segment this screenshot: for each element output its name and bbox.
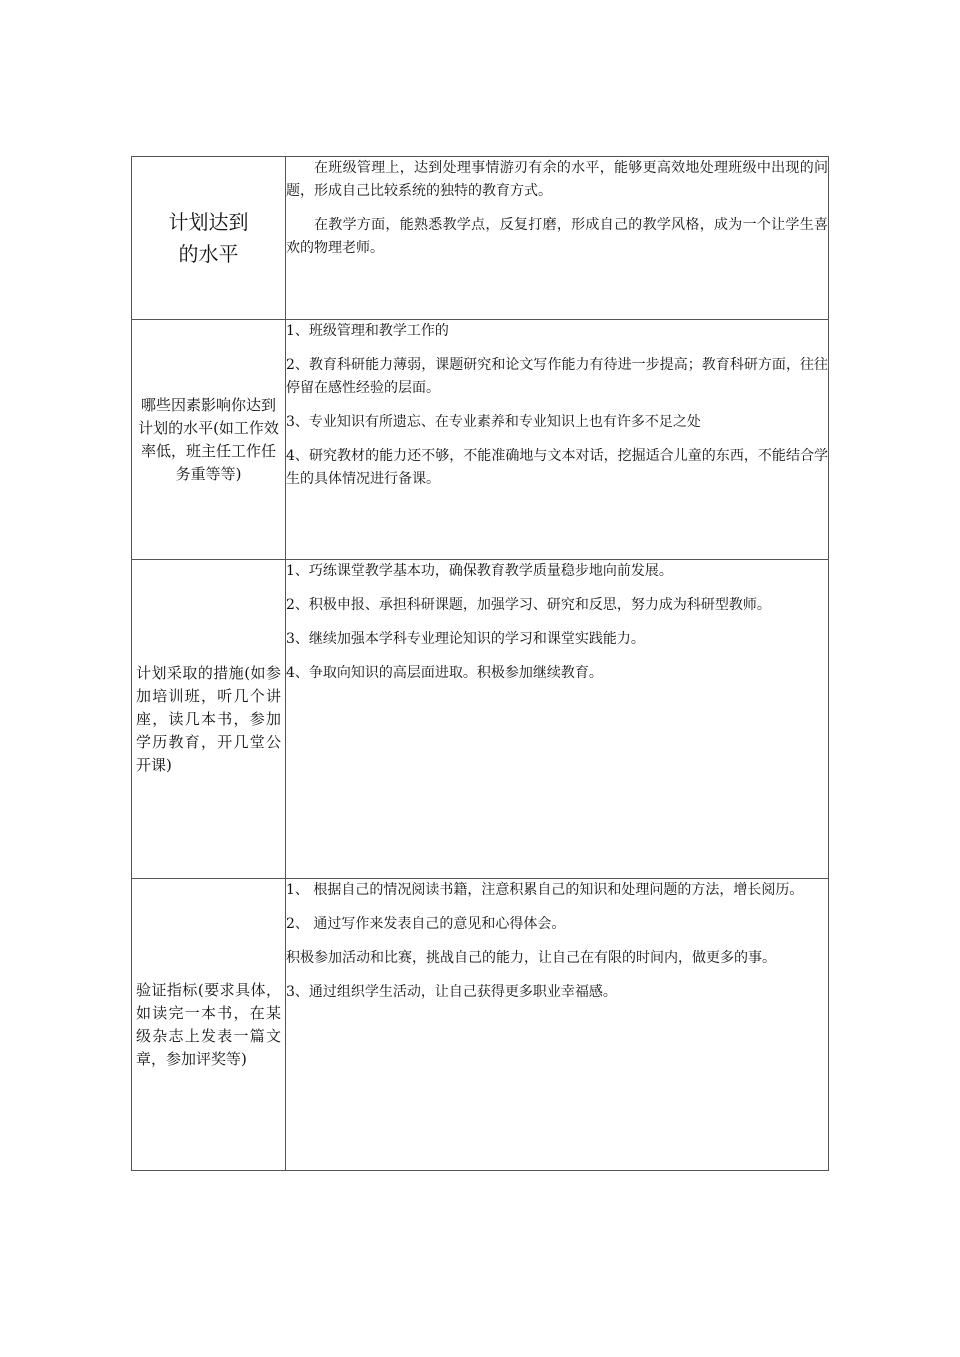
list-item: 1、巧练课堂教学基本功，确保教育教学质量稳步地向前发展。 bbox=[286, 560, 828, 583]
list-item: 2、 通过写作来发表自己的意见和心得体会。 bbox=[286, 913, 828, 936]
row-label: 计划达到 的水平 bbox=[132, 206, 285, 270]
row-label-line: 计划达到 bbox=[132, 206, 285, 238]
plan-table: 计划达到 的水平 在班级管理上，达到处理事情游刃有余的水平，能够更高效地处理班级… bbox=[131, 156, 829, 1171]
row-content-cell: 1、巧练课堂教学基本功，确保教育教学质量稳步地向前发展。 2、积极申报、承担科研… bbox=[286, 560, 829, 879]
row-label-cell: 哪些因素影响你达到计划的水平(如工作效率低，班主任工作任务重等等) bbox=[132, 320, 286, 560]
row-label-cell: 计划达到 的水平 bbox=[132, 157, 286, 320]
paragraph: 在教学方面，能熟悉教学点，反复打磨，形成自己的教学风格，成为一个让学生喜欢的物理… bbox=[286, 214, 828, 260]
list-item: 2、教育科研能力薄弱，课题研究和论文写作能力有待进一步提高；教育科研方面，往往停… bbox=[286, 354, 828, 400]
list-item: 3、通过组织学生活动，让自己获得更多职业幸福感。 bbox=[286, 981, 828, 1004]
row-label-cell: 计划采取的措施(如参加培训班，听几个讲座，读几本书，参加学历教育，开几堂公开课) bbox=[132, 560, 286, 879]
list-item: 1、班级管理和教学工作的 bbox=[286, 320, 828, 343]
list-item: 积极参加活动和比赛，挑战自己的能力，让自己在有限的时间内，做更多的事。 bbox=[286, 947, 828, 970]
table-row-target-level: 计划达到 的水平 在班级管理上，达到处理事情游刃有余的水平，能够更高效地处理班级… bbox=[132, 157, 829, 320]
table-row-verification-indicators: 验证指标(要求具体，如读完一本书，在某级杂志上发表一篇文章，参加评奖等) 1、 … bbox=[132, 879, 829, 1171]
row-label: 计划采取的措施(如参加培训班，听几个讲座，读几本书，参加学历教育，开几堂公开课) bbox=[132, 662, 285, 777]
row-label-cell: 验证指标(要求具体，如读完一本书，在某级杂志上发表一篇文章，参加评奖等) bbox=[132, 879, 286, 1171]
row-label-line: 的水平 bbox=[132, 238, 285, 270]
list-item: 4、争取向知识的高层面进取。积极参加继续教育。 bbox=[286, 662, 828, 685]
table-row-influencing-factors: 哪些因素影响你达到计划的水平(如工作效率低，班主任工作任务重等等) 1、班级管理… bbox=[132, 320, 829, 560]
list-item: 2、积极申报、承担科研课题，加强学习、研究和反思，努力成为科研型教师。 bbox=[286, 594, 828, 617]
list-item: 3、继续加强本学科专业理论知识的学习和课堂实践能力。 bbox=[286, 628, 828, 651]
row-content-cell: 1、班级管理和教学工作的 2、教育科研能力薄弱，课题研究和论文写作能力有待进一步… bbox=[286, 320, 829, 560]
row-label: 验证指标(要求具体，如读完一本书，在某级杂志上发表一篇文章，参加评奖等) bbox=[132, 979, 285, 1071]
paragraph: 在班级管理上，达到处理事情游刃有余的水平，能够更高效地处理班级中出现的问题，形成… bbox=[286, 157, 828, 203]
list-item: 4、研究教材的能力还不够，不能准确地与文本对话，挖掘适合儿童的东西，不能结合学生… bbox=[286, 445, 828, 491]
row-content-cell: 在班级管理上，达到处理事情游刃有余的水平，能够更高效地处理班级中出现的问题，形成… bbox=[286, 157, 829, 320]
row-label: 哪些因素影响你达到计划的水平(如工作效率低，班主任工作任务重等等) bbox=[132, 394, 285, 486]
list-item: 1、 根据自己的情况阅读书籍，注意积累自己的知识和处理问题的方法，增长阅历。 bbox=[286, 879, 828, 902]
list-item: 3、专业知识有所遗忘、在专业素养和专业知识上也有许多不足之处 bbox=[286, 411, 828, 434]
row-content-cell: 1、 根据自己的情况阅读书籍，注意积累自己的知识和处理问题的方法，增长阅历。 2… bbox=[286, 879, 829, 1171]
table-row-planned-measures: 计划采取的措施(如参加培训班，听几个讲座，读几本书，参加学历教育，开几堂公开课)… bbox=[132, 560, 829, 879]
